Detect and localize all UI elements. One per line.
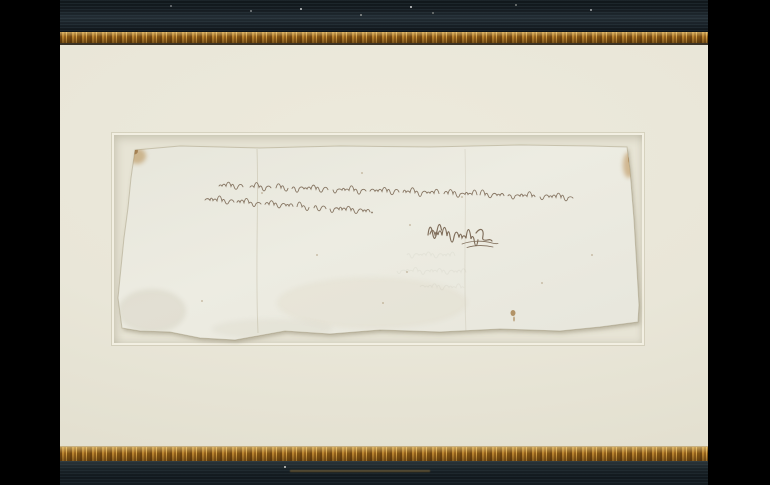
paper-speck: [461, 196, 463, 198]
photo-letterbox: [0, 0, 770, 485]
frame-bottom-gilt-fillet: [60, 446, 708, 462]
frame-bottom-rail: [60, 446, 708, 485]
frame-top-wood: [60, 0, 708, 32]
mat-window-opening: [112, 133, 644, 345]
frame-top-rail: [60, 0, 708, 45]
paper-stain: [511, 310, 516, 316]
frame-top-gilt-fillet: [60, 32, 708, 45]
paper-speck: [382, 302, 384, 304]
paper-speck: [316, 254, 318, 256]
paper-stain: [623, 152, 635, 178]
paper-stain: [513, 317, 515, 322]
framed-manuscript-photo: [60, 0, 708, 485]
manuscript-paper: [112, 133, 644, 345]
paper-speck: [591, 254, 593, 256]
paper-speck: [409, 224, 411, 226]
frame-bottom-wood: [60, 461, 708, 485]
paper-stain: [130, 148, 138, 155]
paper-speck: [261, 192, 263, 194]
paper-speck: [201, 300, 203, 302]
ink-period: [371, 212, 373, 214]
frame-top-dust-specks: [60, 0, 62, 2]
paper-stain: [118, 289, 186, 333]
paper-stain: [212, 319, 332, 339]
paper-speck: [361, 172, 363, 174]
frame-bottom-speck: [284, 466, 286, 468]
paper-speck: [541, 282, 543, 284]
frame-bottom-gold-scratch: [290, 470, 430, 472]
